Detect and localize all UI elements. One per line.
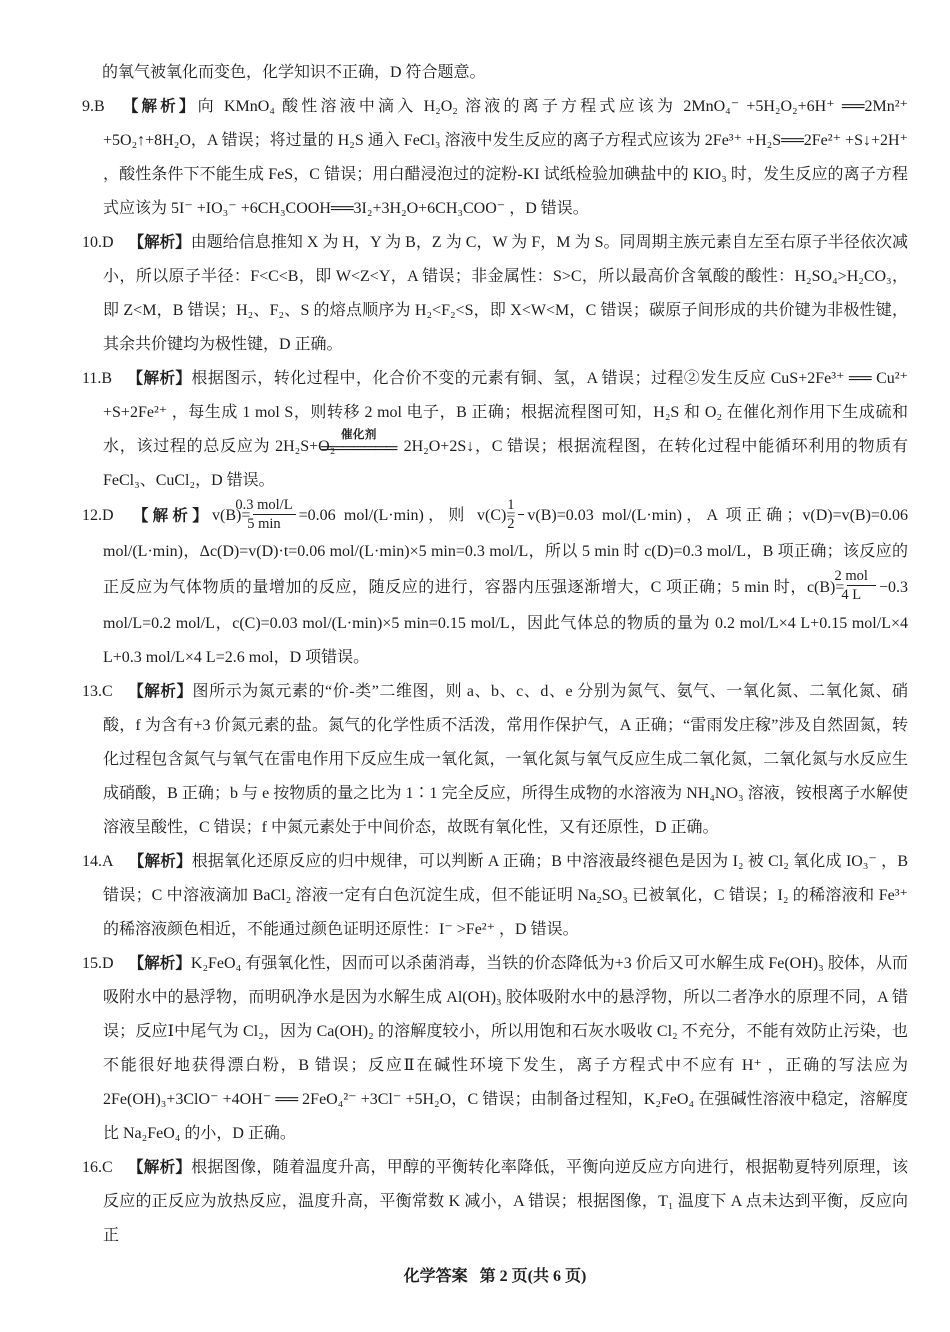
page-footer: 化学答案第 2 页(共 6 页) [82, 1263, 908, 1286]
question-number-9: 9.B [82, 98, 105, 115]
analysis-text-15: K₂FeO₄ 有强氧化性，因而可以杀菌消毒，当铁的价态降低为+3 价后又可水解生… [103, 955, 908, 1142]
analysis-text-9: 向 KMnO₄ 酸性溶液中滴入 H₂O₂ 溶液的离子方程式应该为 2MnO₄⁻ … [103, 98, 908, 217]
solution-item-13: 13.C【解析】图所示为氮元素的“价-类”二维图，则 a、b、c、d、e 分别为… [82, 675, 908, 845]
question-number-14: 14.A [82, 853, 114, 870]
analysis-label-16: 【解析】 [128, 1159, 192, 1176]
analysis-label-10: 【解析】 [129, 234, 191, 251]
analysis-label-14: 【解析】 [129, 853, 192, 870]
continuation-text: 的氧气被氧化而变色，化学知识不正确，D 符合题意。 [82, 56, 908, 90]
question-number-15: 15.D [82, 955, 114, 972]
solution-item-14: 14.A【解析】根据氧化还原反应的归中规律，可以判断 A 正确；B 中溶液最终褪… [82, 845, 908, 947]
question-number-12: 12.D [82, 507, 114, 524]
analysis-text-11: 根据图示，转化过程中，化合价不变的元素有铜、氢，A 错误；过程②发生反应 CuS… [103, 370, 908, 489]
analysis-text-13: 图所示为氮元素的“价-类”二维图，则 a、b、c、d、e 分别为氮气、氨气、一氧… [103, 683, 908, 836]
analysis-text-10: 由题给信息推知 X 为 H，Y 为 B，Z 为 C，W 为 F，M 为 S。同周… [103, 234, 908, 353]
question-number-10: 10.D [82, 234, 114, 251]
question-number-11: 11.B [82, 370, 112, 387]
analysis-label-11: 【解析】 [127, 370, 191, 387]
analysis-text-16: 根据图像，随着温度升高，甲醇的平衡转化率降低，平衡向逆反应方向进行，根据勒夏特列… [103, 1159, 908, 1244]
analysis-label-13: 【解析】 [128, 683, 193, 700]
footer-doc-title: 化学答案 [404, 1268, 468, 1285]
solution-item-10: 10.D【解析】由题给信息推知 X 为 H，Y 为 B，Z 为 C，W 为 F，… [82, 226, 908, 362]
solution-item-15: 15.D【解析】K₂FeO₄ 有强氧化性，因而可以杀菌消毒，当铁的价态降低为+3… [82, 947, 908, 1151]
footer-page-info: 第 2 页(共 6 页) [480, 1268, 587, 1285]
analysis-label-12: 【解析】 [129, 507, 212, 524]
analysis-label-15: 【解析】 [129, 955, 191, 972]
solution-item-16: 16.C【解析】根据图像，随着温度升高，甲醇的平衡转化率降低，平衡向逆反应方向进… [82, 1151, 908, 1253]
solution-item-11: 11.B【解析】根据图示，转化过程中，化合价不变的元素有铜、氢，A 错误；过程②… [82, 362, 908, 498]
analysis-label-9: 【解析】 [120, 98, 198, 115]
question-number-16: 16.C [82, 1159, 113, 1176]
analysis-text-12: v(B)=0.3 mol/L5 min=0.06 mol/(L·min)，则 v… [103, 507, 908, 665]
solution-item-9: 9.B【解析】向 KMnO₄ 酸性溶液中滴入 H₂O₂ 溶液的离子方程式应该为 … [82, 90, 908, 226]
question-number-13: 13.C [82, 683, 113, 700]
analysis-text-14: 根据氧化还原反应的归中规律，可以判断 A 正确；B 中溶液最终褪色是因为 I₂ … [103, 853, 908, 938]
solution-item-12: 12.D【解析】v(B)=0.3 mol/L5 min=0.06 mol/(L·… [82, 498, 908, 675]
answer-sheet-page: 的氧气被氧化而变色，化学知识不正确，D 符合题意。 9.B【解析】向 KMnO₄… [0, 0, 950, 1332]
